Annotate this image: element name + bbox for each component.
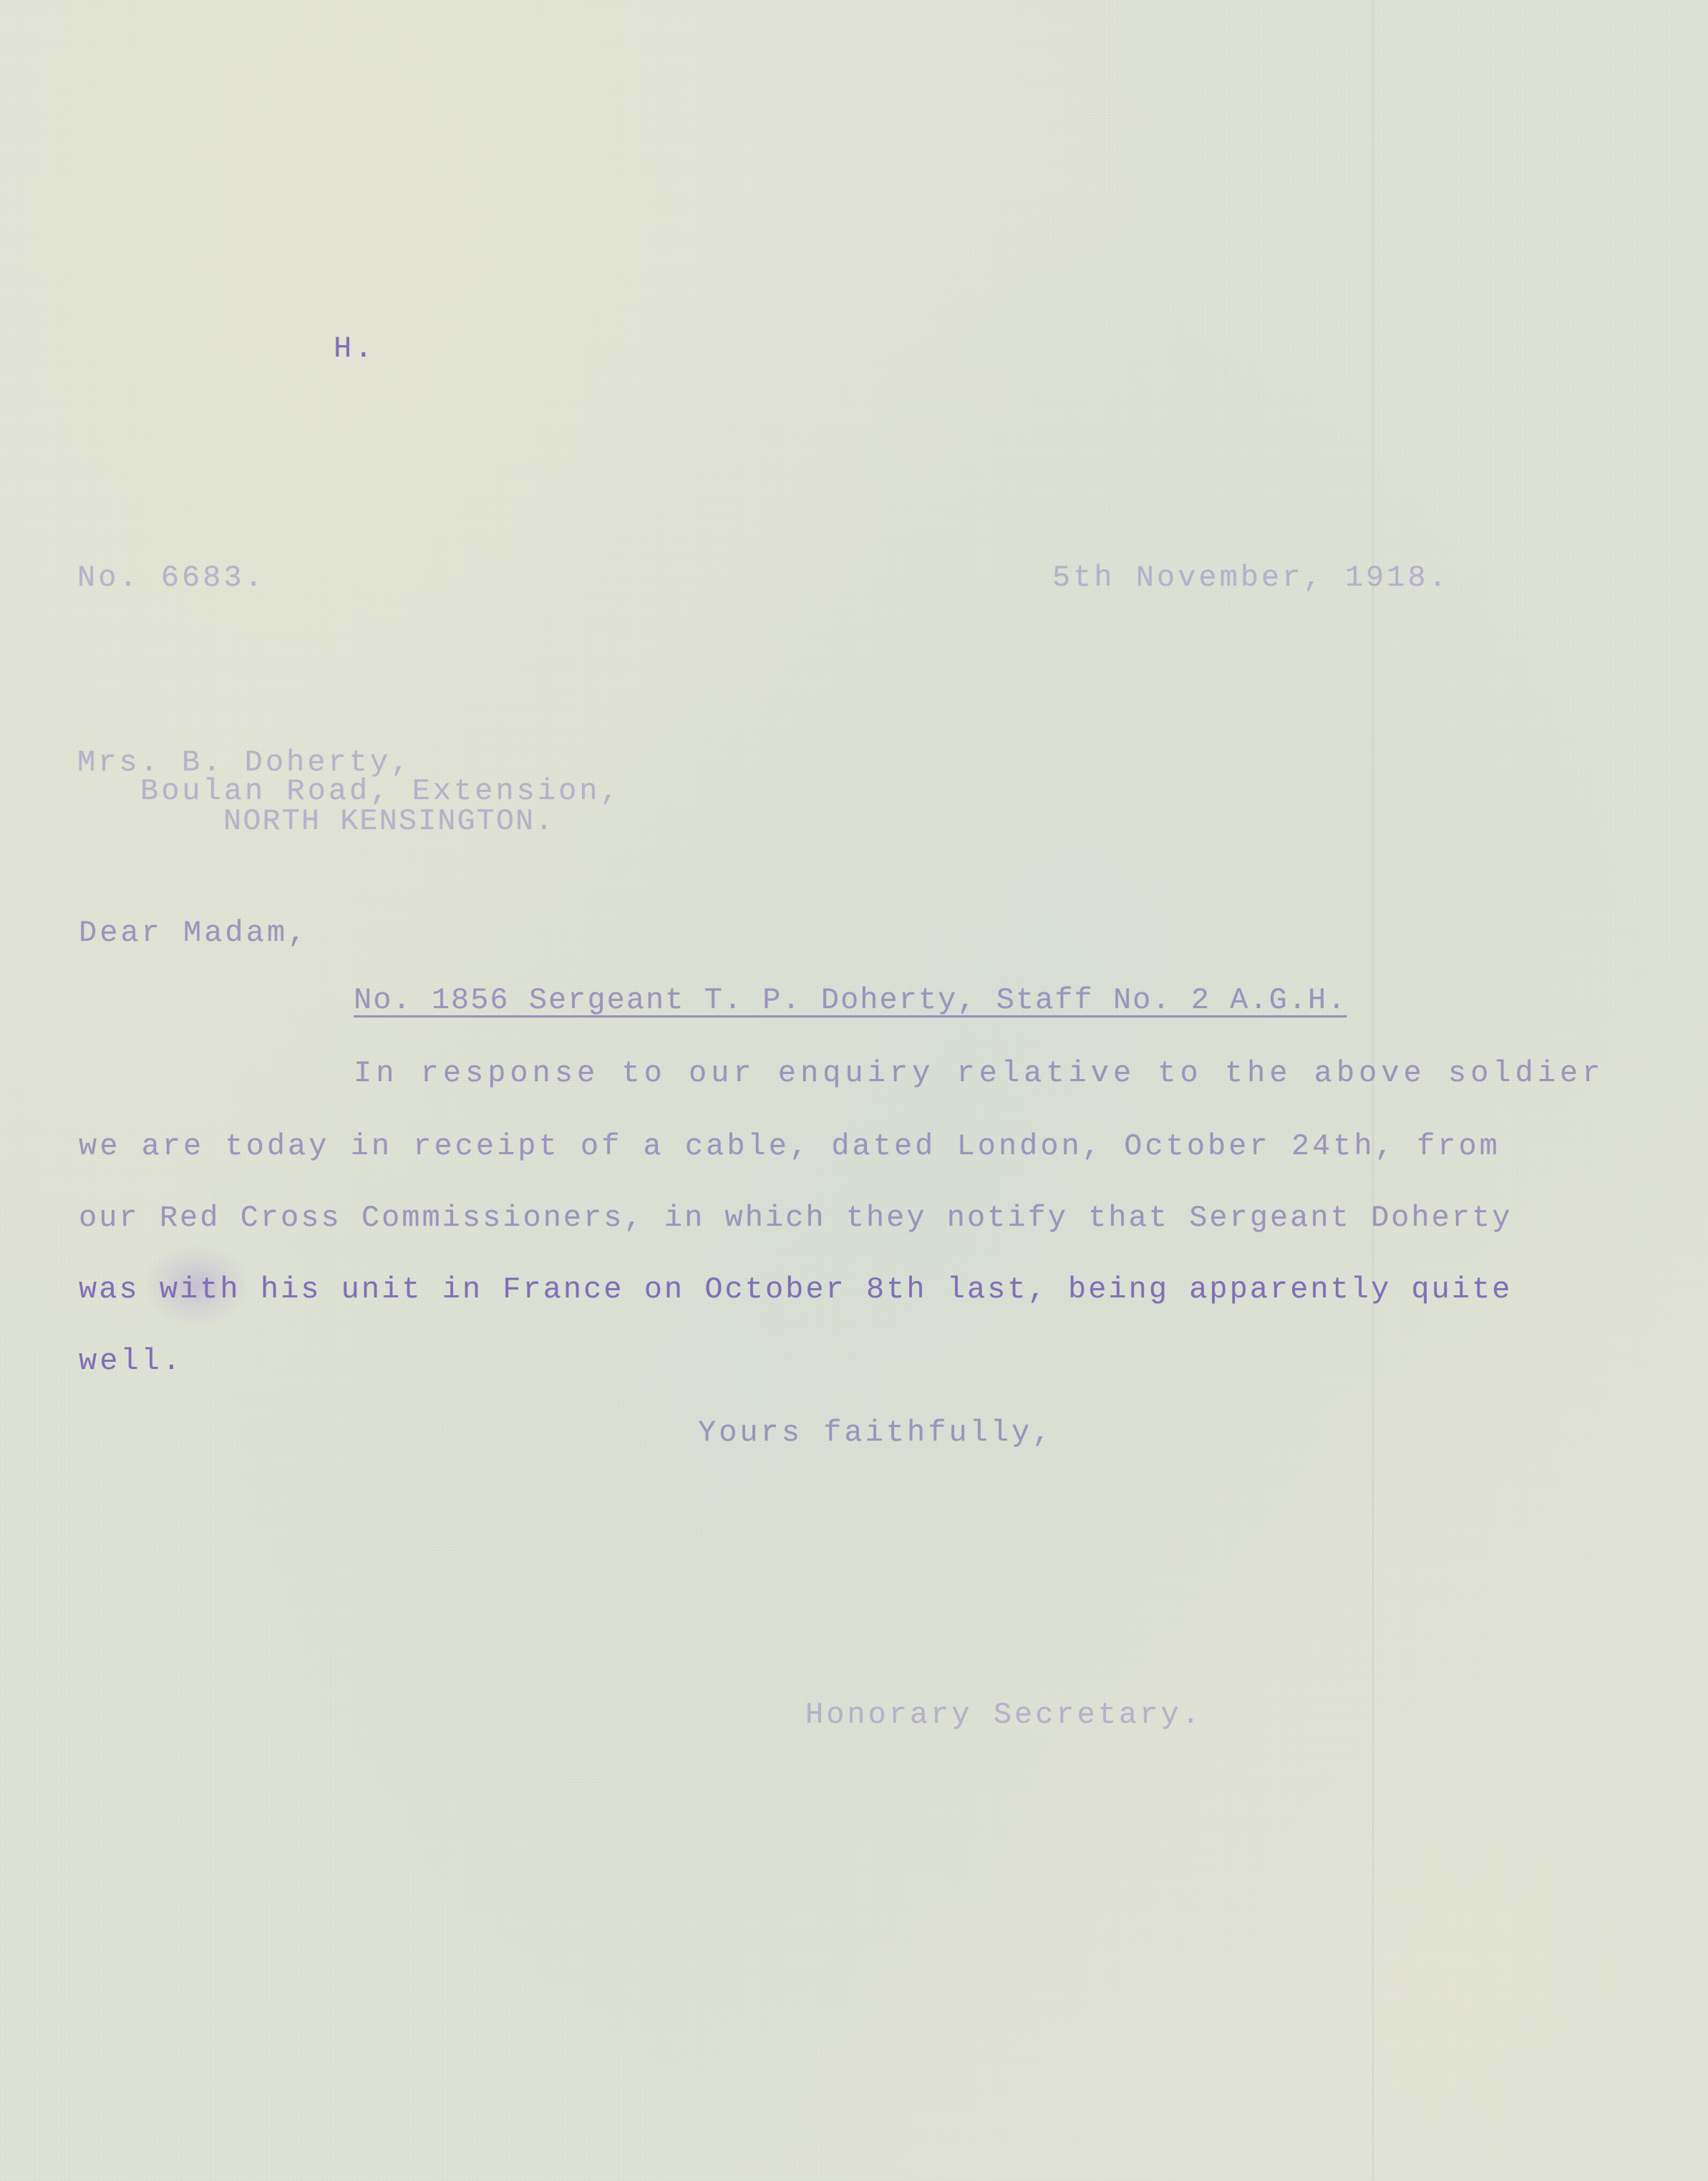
recipient-district: NORTH KENSINGTON. — [223, 806, 554, 836]
body-line: our Red Cross Commissioners, in which th… — [79, 1203, 1513, 1233]
paper-fold-line — [1372, 0, 1374, 2181]
initial-mark: H. — [334, 334, 375, 364]
recipient-name: Mrs. B. Doherty, — [77, 748, 412, 778]
body-line: well. — [79, 1346, 183, 1376]
letter-page: { "letter": { "initial_mark": "H.", "ref… — [0, 0, 1708, 2181]
body-line: we are today in receipt of a cable, date… — [79, 1131, 1500, 1161]
reference-number: No. 6683. — [77, 563, 266, 593]
subject-line: No. 1856 Sergeant T. P. Doherty, Staff N… — [354, 985, 1346, 1015]
letter-date: 5th November, 1918. — [1052, 563, 1450, 593]
salutation: Dear Madam, — [79, 918, 309, 948]
recipient-street: Boulan Road, Extension, — [140, 776, 621, 806]
body-line: was with his unit in France on October 8… — [79, 1275, 1513, 1305]
body-line: In response to our enquiry relative to t… — [354, 1058, 1604, 1088]
signature-title: Honorary Secretary. — [805, 1700, 1203, 1730]
closing: Yours faithfully, — [698, 1418, 1053, 1448]
